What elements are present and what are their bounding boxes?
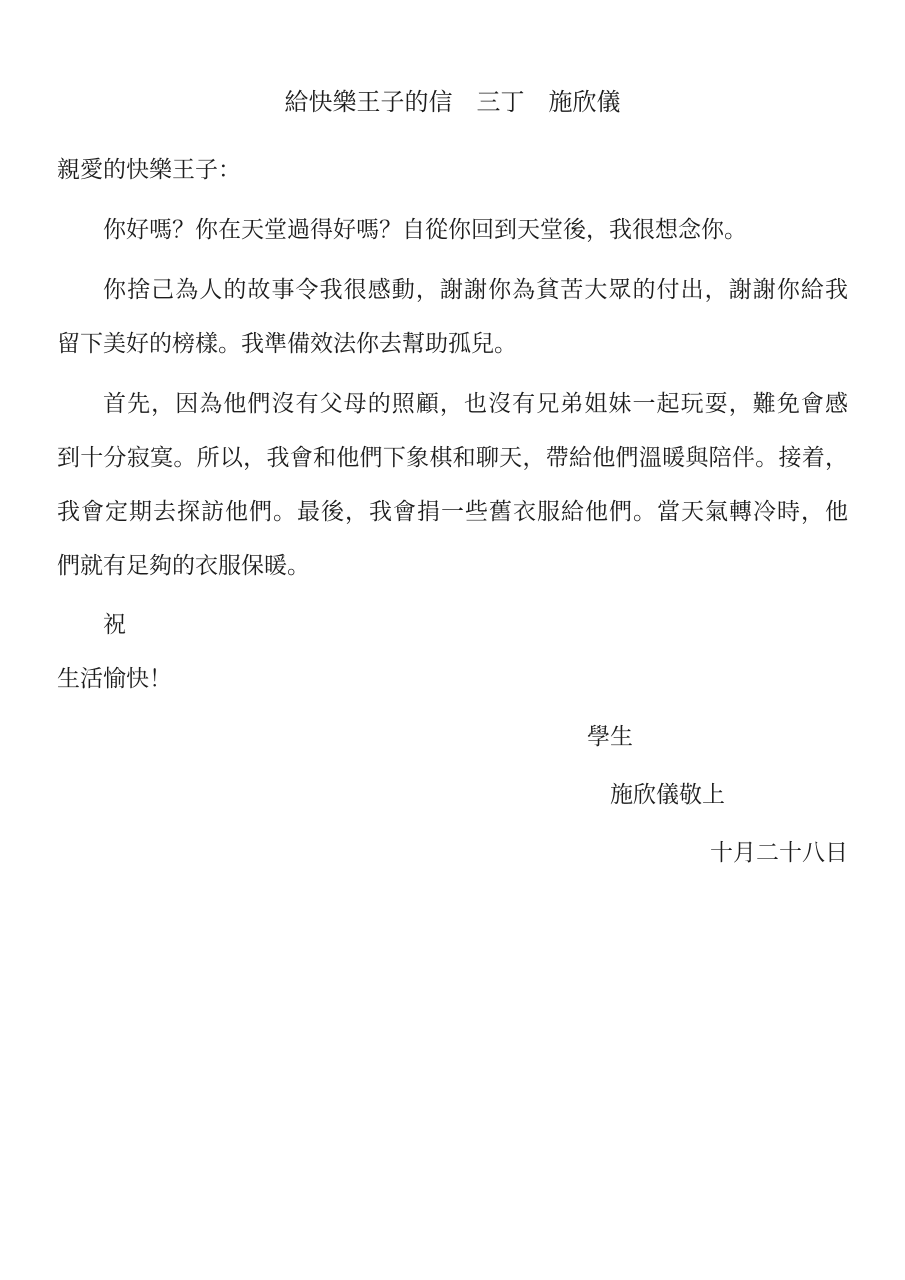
paragraph-line: 你捨己為人的故事令我很感動，謝謝你為貧苦大眾的付出，謝謝你給我 — [57, 263, 848, 317]
signature-name: 施欣儀敬上 — [610, 768, 848, 822]
closing-wish: 生活愉快！ — [57, 652, 848, 706]
paragraph-line: 到十分寂寞。所以，我會和他們下象棋和聊天，帶給他們溫暖與陪伴。接着， — [57, 431, 848, 485]
paragraph-2: 你捨己為人的故事令我很感動，謝謝你為貧苦大眾的付出，謝謝你給我 留下美好的榜樣。… — [57, 263, 848, 371]
signature-block: 學生 施欣儀敬上 十月二十八日 — [57, 710, 848, 880]
closing-lead: 祝 — [57, 598, 848, 652]
paragraph-3: 首先，因為他們沒有父母的照顧，也沒有兄弟姐妹一起玩耍，難免會感 到十分寂寞。所以… — [57, 377, 848, 593]
letter-title: 給快樂王子的信 三丁 施欣儀 — [57, 76, 848, 130]
closing-block: 祝 生活愉快！ — [57, 598, 848, 706]
signature-role: 學生 — [587, 710, 848, 764]
signature-date: 十月二十八日 — [57, 826, 848, 880]
letter-page: 給快樂王子的信 三丁 施欣儀 親愛的快樂王子： 你好嗎？你在天堂過得好嗎？自從你… — [0, 0, 905, 1280]
paragraph-line: 留下美好的榜樣。我準備效法你去幫助孤兒。 — [57, 317, 848, 371]
paragraph-line: 我會定期去探訪他們。最後，我會捐一些舊衣服給他們。當天氣轉冷時，他 — [57, 485, 848, 539]
paragraph-line: 們就有足夠的衣服保暖。 — [57, 539, 848, 593]
paragraph-line: 你好嗎？你在天堂過得好嗎？自從你回到天堂後，我很想念你。 — [57, 203, 848, 257]
salutation: 親愛的快樂王子： — [57, 143, 848, 197]
paragraph-line: 首先，因為他們沒有父母的照顧，也沒有兄弟姐妹一起玩耍，難免會感 — [57, 377, 848, 431]
paragraph-1: 你好嗎？你在天堂過得好嗎？自從你回到天堂後，我很想念你。 — [57, 203, 848, 257]
